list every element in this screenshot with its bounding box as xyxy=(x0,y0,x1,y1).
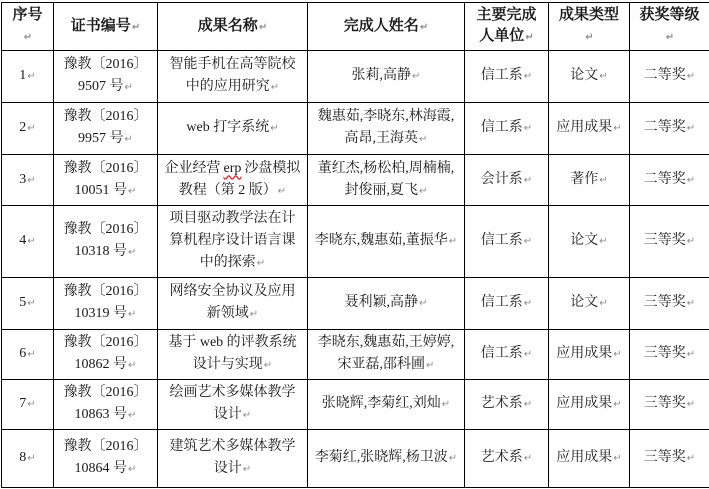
cell-text: 1 xyxy=(19,68,26,83)
table-row: 6↵豫教〔2016〕10862 号↵基于 web 的评教系统设计与实现↵李晓东,… xyxy=(2,330,709,380)
cell-text: 魏惠茹,李晓东,林海霞,高昂,王海英 xyxy=(318,109,455,146)
paragraph-mark-icon: ↵ xyxy=(687,175,695,186)
cell-unit: 艺术系↵ xyxy=(465,430,549,488)
cell-type: 应用成果↵ xyxy=(549,430,630,488)
cell-cert: 豫教〔2016〕10051 号↵ xyxy=(54,155,158,206)
paragraph-mark-icon: ↵ xyxy=(278,186,286,197)
cell-type: 论文↵ xyxy=(549,51,630,103)
cell-text: 聂利颖,高静 xyxy=(345,295,419,310)
cell-no: 8↵ xyxy=(2,430,54,488)
paragraph-mark-icon: ↵ xyxy=(412,71,420,82)
paragraph-mark-icon: ↵ xyxy=(264,360,272,371)
table-row: 3↵豫教〔2016〕10051 号↵企业经营erp沙盘模拟教程（第 2 版）↵董… xyxy=(2,155,709,206)
cell-text: 李晓东,魏惠茹,董振华 xyxy=(315,233,448,248)
cell-type: 论文↵ xyxy=(549,206,630,278)
paragraph-mark-icon: ↵ xyxy=(27,123,35,134)
paragraph-mark-icon: ↵ xyxy=(524,175,532,186)
cell-text: web 打字系统 xyxy=(186,120,269,135)
paragraph-mark-icon: ↵ xyxy=(27,236,35,247)
cell-text: 二等奖 xyxy=(644,172,686,187)
header-label: 获奖等级 xyxy=(639,7,699,23)
cell-text: 著作 xyxy=(570,172,598,187)
cell-unit: 会计系↵ xyxy=(465,155,549,206)
cell-text: 李菊红,张晓辉,杨卫波 xyxy=(315,450,448,465)
header-row: 序号↵ 证书编号↵ 成果名称↵ 完成人姓名↵ 主要完成人单位↵ 成果类型↵ 获奖… xyxy=(2,3,709,51)
cell-name: 项目驱动教学法在计算机程序设计语言课中的探索↵ xyxy=(158,206,308,278)
cell-grade: 三等奖↵ xyxy=(630,278,709,330)
cell-cert: 豫教〔2016〕9957 号↵ xyxy=(54,103,158,155)
cell-type: 论文↵ xyxy=(549,278,630,330)
paragraph-mark-icon: ↵ xyxy=(687,453,695,464)
cell-text: 4 xyxy=(19,233,26,248)
paragraph-mark-icon: ↵ xyxy=(613,453,621,464)
cell-text: 豫教〔2016〕9507 号 xyxy=(64,57,148,94)
cell-text: 二等奖 xyxy=(644,68,686,83)
paragraph-mark-icon: ↵ xyxy=(128,186,136,197)
cell-name: web 打字系统↵ xyxy=(158,103,308,155)
cell-people: 李晓东,魏惠茹,王婷婷,宋亚磊,邵科圃↵ xyxy=(308,330,465,380)
header-label: 完成人姓名 xyxy=(344,18,419,34)
cell-no: 7↵ xyxy=(2,380,54,430)
cell-cert: 豫教〔2016〕10863 号↵ xyxy=(54,380,158,430)
col-header-serial-no: 序号↵ xyxy=(2,3,54,51)
table-row: 1↵豫教〔2016〕9507 号↵智能手机在高等院校中的应用研究↵张莉,高静↵信… xyxy=(2,51,709,103)
cell-text: 三等奖 xyxy=(644,346,686,361)
cell-text: 基于 web 的评教系统设计与实现 xyxy=(168,335,296,372)
cell-text: 信工系 xyxy=(481,346,523,361)
paragraph-mark-icon: ↵ xyxy=(687,236,695,247)
paragraph-mark-icon: ↵ xyxy=(687,71,695,82)
cell-no: 5↵ xyxy=(2,278,54,330)
cell-grade: 二等奖↵ xyxy=(630,51,709,103)
awards-table-header: 序号↵ 证书编号↵ 成果名称↵ 完成人姓名↵ 主要完成人单位↵ 成果类型↵ 获奖… xyxy=(2,3,709,51)
paragraph-mark-icon: ↵ xyxy=(128,464,136,475)
cell-grade: 三等奖↵ xyxy=(630,206,709,278)
cell-text: 艺术系 xyxy=(481,396,523,411)
cell-text: 绘画艺术多媒体教学设计 xyxy=(170,385,296,422)
cell-unit: 信工系↵ xyxy=(465,103,549,155)
table-row: 8↵豫教〔2016〕10864 号↵建筑艺术多媒体教学设计↵李菊红,张晓辉,杨卫… xyxy=(2,430,709,488)
paragraph-mark-icon: ↵ xyxy=(27,453,35,464)
paragraph-mark-icon: ↵ xyxy=(270,123,278,134)
cell-grade: 三等奖↵ xyxy=(630,330,709,380)
paragraph-mark-icon: ↵ xyxy=(524,349,532,360)
paragraph-mark-icon: ↵ xyxy=(128,410,136,421)
cell-type: 著作↵ xyxy=(549,155,630,206)
cell-cert: 豫教〔2016〕10864 号↵ xyxy=(54,430,158,488)
header-label: 证书编号 xyxy=(71,18,131,34)
paragraph-mark-icon: ↵ xyxy=(128,309,136,320)
paragraph-mark-icon: ↵ xyxy=(599,175,607,186)
cell-text: 应用成果 xyxy=(556,450,612,465)
cell-people: 李晓东,魏惠茹,董振华↵ xyxy=(308,206,465,278)
cell-type: 应用成果↵ xyxy=(549,330,630,380)
paragraph-mark-icon: ↵ xyxy=(128,247,136,258)
paragraph-mark-icon: ↵ xyxy=(666,32,674,43)
paragraph-mark-icon: ↵ xyxy=(243,464,251,475)
cell-unit: 艺术系↵ xyxy=(465,380,549,430)
cell-text: 8 xyxy=(19,450,26,465)
table-row: 4↵豫教〔2016〕10318 号↵项目驱动教学法在计算机程序设计语言课中的探索… xyxy=(2,206,709,278)
paragraph-mark-icon: ↵ xyxy=(585,32,593,43)
header-label: 成果类型 xyxy=(559,7,619,23)
cell-people: 魏惠茹,李晓东,林海霞,高昂,王海英↵ xyxy=(308,103,465,155)
paragraph-mark-icon: ↵ xyxy=(426,360,434,371)
paragraph-mark-icon: ↵ xyxy=(132,22,140,33)
cell-cert: 豫教〔2016〕10319 号↵ xyxy=(54,278,158,330)
col-header-achievement-type: 成果类型↵ xyxy=(549,3,630,51)
cell-grade: 二等奖↵ xyxy=(630,155,709,206)
col-header-award-grade: 获奖等级↵ xyxy=(630,3,709,51)
paragraph-mark-icon: ↵ xyxy=(524,453,532,464)
cell-name: 建筑艺术多媒体教学设计↵ xyxy=(158,430,308,488)
table-row: 2↵豫教〔2016〕9957 号↵web 打字系统↵魏惠茹,李晓东,林海霞,高昂… xyxy=(2,103,709,155)
cell-no: 1↵ xyxy=(2,51,54,103)
paragraph-mark-icon: ↵ xyxy=(524,123,532,134)
cell-no: 4↵ xyxy=(2,206,54,278)
paragraph-mark-icon: ↵ xyxy=(128,360,136,371)
cell-text: 会计系 xyxy=(481,172,523,187)
cell-text: 三等奖 xyxy=(644,396,686,411)
header-label: 成果名称 xyxy=(198,18,258,34)
cell-no: 3↵ xyxy=(2,155,54,206)
paragraph-mark-icon: ↵ xyxy=(524,298,532,309)
cell-text: 信工系 xyxy=(481,68,523,83)
cell-text: 论文 xyxy=(570,233,598,248)
cell-text: 建筑艺术多媒体教学设计 xyxy=(170,439,296,476)
cell-text: 5 xyxy=(19,295,26,310)
paragraph-mark-icon: ↵ xyxy=(687,349,695,360)
cell-text: 董红杰,杨松柏,周楠楠,封俊丽,夏飞 xyxy=(318,161,455,198)
paragraph-mark-icon: ↵ xyxy=(419,298,427,309)
paragraph-mark-icon: ↵ xyxy=(125,82,133,93)
paragraph-mark-icon: ↵ xyxy=(599,236,607,247)
cell-text: 2 xyxy=(19,120,26,135)
cell-unit: 信工系↵ xyxy=(465,206,549,278)
paragraph-mark-icon: ↵ xyxy=(613,349,621,360)
paragraph-mark-icon: ↵ xyxy=(259,22,267,33)
cell-type: 应用成果↵ xyxy=(549,380,630,430)
cell-people: 董红杰,杨松柏,周楠楠,封俊丽,夏飞↵ xyxy=(308,155,465,206)
cell-text: 3 xyxy=(19,172,26,187)
cell-text: 项目驱动教学法在计算机程序设计语言课中的探索 xyxy=(170,211,296,270)
paragraph-mark-icon: ↵ xyxy=(599,298,607,309)
cell-text: 信工系 xyxy=(481,120,523,135)
cell-text: 二等奖 xyxy=(644,120,686,135)
paragraph-mark-icon: ↵ xyxy=(524,399,532,410)
cell-cert: 豫教〔2016〕10862 号↵ xyxy=(54,330,158,380)
cell-unit: 信工系↵ xyxy=(465,51,549,103)
cell-name: 基于 web 的评教系统设计与实现↵ xyxy=(158,330,308,380)
cell-text: 应用成果 xyxy=(556,396,612,411)
cell-type: 应用成果↵ xyxy=(549,103,630,155)
cell-text: 三等奖 xyxy=(644,450,686,465)
paragraph-mark-icon: ↵ xyxy=(125,134,133,145)
cell-text: 三等奖 xyxy=(644,233,686,248)
cell-cert: 豫教〔2016〕10318 号↵ xyxy=(54,206,158,278)
table-row: 7↵豫教〔2016〕10863 号↵绘画艺术多媒体教学设计↵张晓辉,李菊红,刘灿… xyxy=(2,380,709,430)
cell-text: 三等奖 xyxy=(644,295,686,310)
cell-text: 6 xyxy=(19,346,26,361)
paragraph-mark-icon: ↵ xyxy=(27,175,35,186)
paragraph-mark-icon: ↵ xyxy=(24,32,32,43)
paragraph-mark-icon: ↵ xyxy=(271,82,279,93)
cell-text: 艺术系 xyxy=(481,450,523,465)
table-row: 5↵豫教〔2016〕10319 号↵网络安全协议及应用新领域↵聂利颖,高静↵信工… xyxy=(2,278,709,330)
cell-unit: 信工系↵ xyxy=(465,330,549,380)
col-header-main-unit: 主要完成人单位↵ xyxy=(465,3,549,51)
document-page: 序号↵ 证书编号↵ 成果名称↵ 完成人姓名↵ 主要完成人单位↵ 成果类型↵ 获奖… xyxy=(0,0,709,489)
cell-people: 李菊红,张晓辉,杨卫波↵ xyxy=(308,430,465,488)
paragraph-mark-icon: ↵ xyxy=(687,298,695,309)
col-header-completers-names: 完成人姓名↵ xyxy=(308,3,465,51)
cell-name: 绘画艺术多媒体教学设计↵ xyxy=(158,380,308,430)
cell-text: 论文 xyxy=(570,295,598,310)
paragraph-mark-icon: ↵ xyxy=(27,298,35,309)
cell-grade: 三等奖↵ xyxy=(630,380,709,430)
paragraph-mark-icon: ↵ xyxy=(243,410,251,421)
cell-grade: 二等奖↵ xyxy=(630,103,709,155)
misspelled-word: erp xyxy=(224,161,242,176)
cell-people: 张莉,高静↵ xyxy=(308,51,465,103)
cell-text: 论文 xyxy=(570,68,598,83)
cell-name: 网络安全协议及应用新领域↵ xyxy=(158,278,308,330)
paragraph-mark-icon: ↵ xyxy=(524,71,532,82)
paragraph-mark-icon: ↵ xyxy=(419,186,427,197)
header-label: 序号 xyxy=(12,7,42,23)
cell-no: 2↵ xyxy=(2,103,54,155)
col-header-achievement-name: 成果名称↵ xyxy=(158,3,308,51)
cell-text: 信工系 xyxy=(481,233,523,248)
paragraph-mark-icon: ↵ xyxy=(27,349,35,360)
paragraph-mark-icon: ↵ xyxy=(613,123,621,134)
cell-text: 张晓辉,李菊红,刘灿 xyxy=(322,396,441,411)
awards-table-body: 1↵豫教〔2016〕9507 号↵智能手机在高等院校中的应用研究↵张莉,高静↵信… xyxy=(2,51,709,488)
cell-text: 网络安全协议及应用新领域 xyxy=(170,284,296,321)
paragraph-mark-icon: ↵ xyxy=(449,453,457,464)
cell-text: 应用成果 xyxy=(556,346,612,361)
paragraph-mark-icon: ↵ xyxy=(442,399,450,410)
cell-cert: 豫教〔2016〕9507 号↵ xyxy=(54,51,158,103)
cell-text: 7 xyxy=(19,396,26,411)
paragraph-mark-icon: ↵ xyxy=(525,32,533,43)
paragraph-mark-icon: ↵ xyxy=(419,134,427,145)
col-header-certificate-no: 证书编号↵ xyxy=(54,3,158,51)
cell-unit: 信工系↵ xyxy=(465,278,549,330)
cell-text: 豫教〔2016〕9957 号 xyxy=(64,109,148,146)
paragraph-mark-icon: ↵ xyxy=(687,123,695,134)
paragraph-mark-icon: ↵ xyxy=(524,236,532,247)
cell-text: 信工系 xyxy=(481,295,523,310)
paragraph-mark-icon: ↵ xyxy=(257,258,265,269)
paragraph-mark-icon: ↵ xyxy=(250,309,258,320)
paragraph-mark-icon: ↵ xyxy=(613,399,621,410)
paragraph-mark-icon: ↵ xyxy=(420,22,428,33)
awards-table: 序号↵ 证书编号↵ 成果名称↵ 完成人姓名↵ 主要完成人单位↵ 成果类型↵ 获奖… xyxy=(1,2,709,488)
cell-no: 6↵ xyxy=(2,330,54,380)
cell-grade: 三等奖↵ xyxy=(630,430,709,488)
paragraph-mark-icon: ↵ xyxy=(27,71,35,82)
paragraph-mark-icon: ↵ xyxy=(687,399,695,410)
paragraph-mark-icon: ↵ xyxy=(599,71,607,82)
paragraph-mark-icon: ↵ xyxy=(449,236,457,247)
paragraph-mark-icon: ↵ xyxy=(27,399,35,410)
cell-name: 企业经营erp沙盘模拟教程（第 2 版）↵ xyxy=(158,155,308,206)
cell-name: 智能手机在高等院校中的应用研究↵ xyxy=(158,51,308,103)
cell-people: 聂利颖,高静↵ xyxy=(308,278,465,330)
cell-text: 应用成果 xyxy=(556,120,612,135)
cell-people: 张晓辉,李菊红,刘灿↵ xyxy=(308,380,465,430)
cell-text: 张莉,高静 xyxy=(352,68,412,83)
